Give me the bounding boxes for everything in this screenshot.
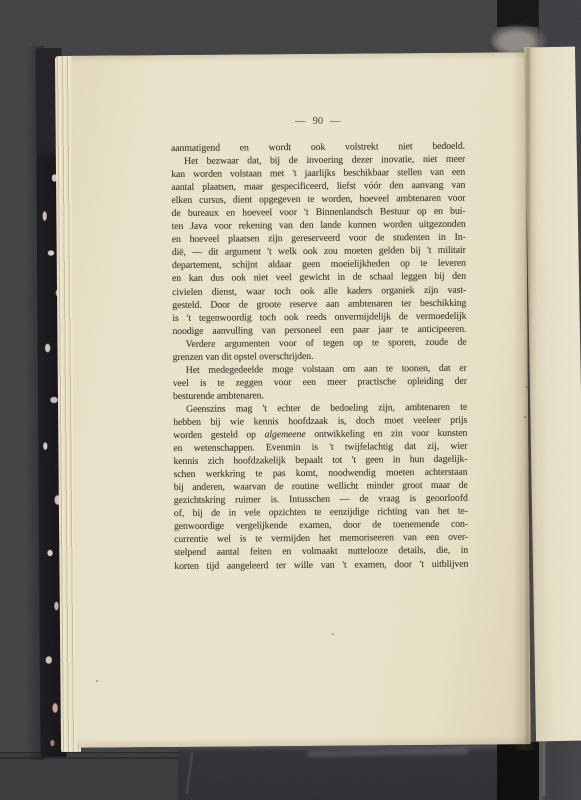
- spine-top-gap: [497, 0, 538, 27]
- paper-speck: [524, 416, 526, 418]
- paper-speck: [96, 680, 98, 682]
- page-number: 90: [313, 116, 324, 127]
- book-page: —90— aanmatigend en wordt ook volstrekt …: [71, 52, 530, 748]
- cradle-right-block: [539, 738, 581, 800]
- header-dash-right: —: [330, 116, 341, 127]
- page-header: —90—: [171, 115, 465, 128]
- header-dash-left: —: [295, 116, 306, 127]
- paper-speck: [526, 386, 528, 388]
- paper-speck: [332, 633, 334, 635]
- spine-gap: [497, 742, 541, 800]
- text-line: veel is te zeggen voor een meer practisc…: [173, 375, 467, 390]
- text-line: korten tijd aangeleerd ter wille van 't …: [174, 557, 468, 572]
- text-line: Verdere argumenten voor of tegen op te s…: [173, 335, 467, 350]
- text-block: aanmatigend en wordt ook volstrekt niet …: [171, 140, 468, 580]
- gutter-shadow: [513, 48, 537, 750]
- cradle-left-block: [178, 746, 498, 800]
- scan-background: —90— aanmatigend en wordt ook volstrekt …: [0, 0, 581, 800]
